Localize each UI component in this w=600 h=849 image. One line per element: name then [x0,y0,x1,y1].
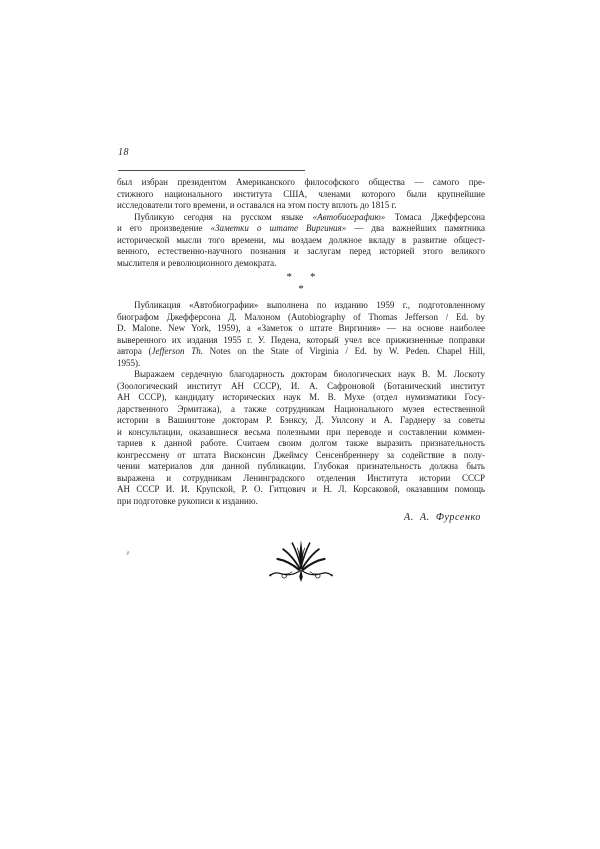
text-line: выверенного их издания 1955 г. У. Педена… [117,335,485,347]
text-line: и консультации, оказавшиеся весьма полез… [117,427,485,439]
text-block-top: был избран президентом Американского фил… [117,177,485,269]
text-line: Публикация «Автобиографии» выполнена по … [117,300,485,312]
text-line: венного, естественно-научного познания и… [117,246,485,258]
asterisk-icon: * [298,283,304,295]
text-line: тариев к данной работе. Считаем своим до… [117,438,485,450]
paragraph: Публикация «Автобиографии» выполнена по … [117,300,485,369]
text-line: Выражаем сердечную благодарность доктора… [117,369,485,381]
text-line: (Зоологический институт АН СССР), И. А. … [117,381,485,393]
text-line: исторической мысли того времени, мы возд… [117,235,485,247]
asterism-top-row: ** [117,271,485,283]
paragraph: Публикую сегодня на русском языке «Автоб… [117,212,485,270]
text-line: был избран президентом Американского фил… [117,177,485,189]
text-line: и его произведение «Заметки о штате Вирг… [117,223,485,235]
book-page: 18 был избран президентом Американского … [0,0,600,849]
text-line: конгрессмену от штата Висконсин Джеймсу … [117,450,485,462]
asterism-divider: ** * [117,271,485,295]
text-line: дарственного Эрмитажа), а также сотрудни… [117,404,485,416]
text-line: исследователи того времени, и оставался … [117,200,485,212]
text-line: АН СССР И. И. Крупской, Р. О. Гитцович и… [117,484,485,496]
paragraph: был избран президентом Американского фил… [117,177,485,212]
scan-speck-artifact [126,551,129,555]
text-line: стижного национального института США, чл… [117,189,485,201]
header-rule [118,170,305,171]
paragraph: Выражаем сердечную благодарность доктора… [117,369,485,507]
floral-vignette-icon [265,538,337,584]
asterisk-icon: * [310,271,316,283]
text-line: мыслителя и революционного демократа. [117,258,485,270]
text-line: при подготовке рукописи к изданию. [117,496,485,508]
text-line: 1955). [117,358,485,370]
page-number: 18 [118,147,129,158]
text-line: биографом Джефферсона Д. Малоном (Autobi… [117,312,485,324]
text-line: чении материалов для данной публикации. … [117,461,485,473]
text-line: выражена и сотрудникам Ленинградского от… [117,473,485,485]
text-block-bottom: Публикация «Автобиографии» выполнена по … [117,300,485,507]
asterism-bottom-row: * [117,283,485,295]
text-line: АН СССР), кандидату исторических наук М.… [117,392,485,404]
asterisk-icon: * [287,271,293,283]
text-line: автора (Jefferson Th. Notes on the State… [117,346,485,358]
text-content: был избран президентом Американского фил… [117,177,485,524]
text-line: истории в Вашингтоне докторам Р. Бэнксу,… [117,415,485,427]
author-signature: А. А. Фурсенко [117,512,485,524]
text-line: Публикую сегодня на русском языке «Автоб… [117,212,485,224]
text-line: D. Malone. New York, 1959), а «Заметок о… [117,323,485,335]
